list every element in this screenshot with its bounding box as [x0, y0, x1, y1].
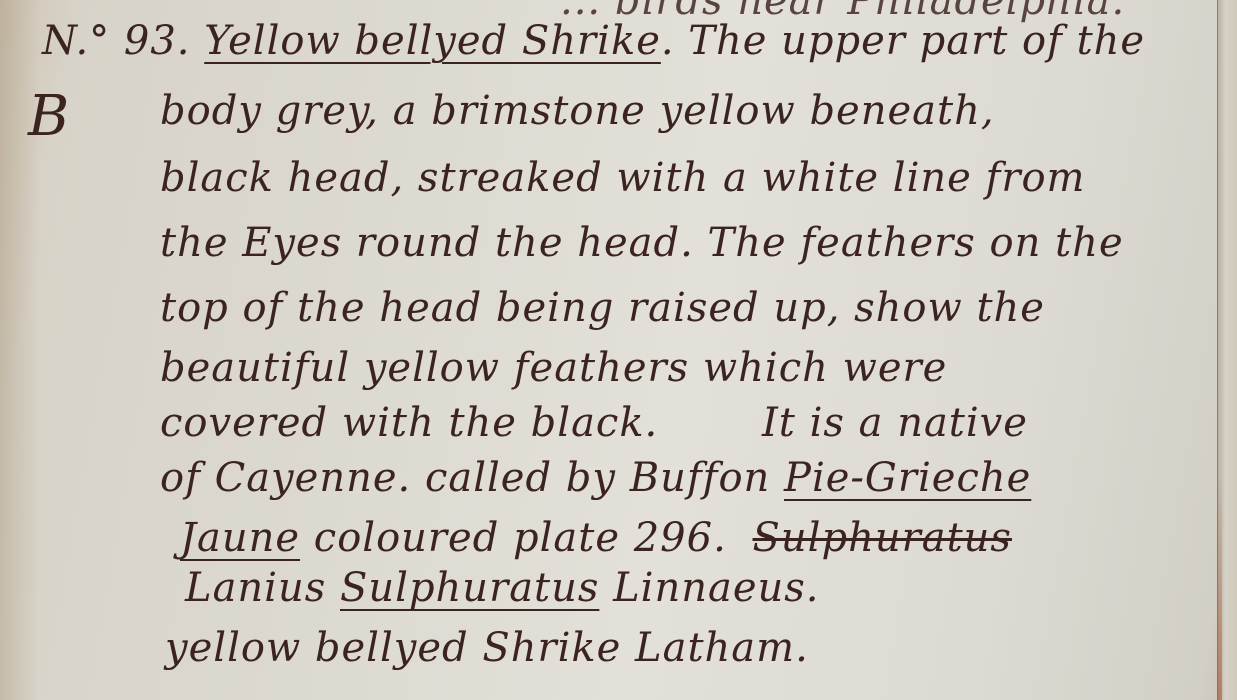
line-5: top of the head being raised up, show th…	[160, 285, 1045, 331]
entry-number: N.° 93.	[42, 18, 190, 64]
line-2: body grey, a brimstone yellow beneath,	[160, 88, 995, 134]
jaune-word: Jaune	[180, 515, 300, 561]
line-1: N.° 93. Yellow bellyed Shrike. The upper…	[42, 18, 1145, 64]
linnaeus-name: Sulphuratus	[340, 565, 599, 611]
line-10: Lanius Sulphuratus Linnaeus.	[185, 565, 820, 611]
page-stain	[1217, 470, 1222, 700]
margin-mark: B	[28, 84, 69, 149]
line-8: of Cayenne. called by Buffon Pie-Grieche	[160, 455, 1031, 501]
line-7-text: covered with the black.	[160, 400, 658, 446]
line-6: beautiful yellow feathers which were	[160, 345, 947, 391]
line-11: yellow bellyed Shrike Latham.	[165, 625, 809, 671]
line-7-text-2: It is a native	[762, 400, 1028, 446]
line-9-text: coloured plate 296.	[300, 515, 727, 561]
line-10-text-2: Linnaeus.	[599, 565, 819, 611]
line-1-text: . The upper part of the	[661, 18, 1145, 64]
struck-word: Sulphuratus	[753, 515, 1012, 561]
line-4: the Eyes round the head. The feathers on…	[160, 220, 1124, 266]
buffon-name: Pie-Grieche	[784, 455, 1031, 501]
line-8-text: of Cayenne. called by Buffon	[160, 455, 770, 501]
line-7: covered with the black. It is a native	[160, 400, 1028, 446]
line-3: black head, streaked with a white line f…	[160, 155, 1085, 201]
manuscript-page: B ... birds near Philadelphia. N.° 93. Y…	[0, 0, 1237, 700]
line-9: Jaune coloured plate 296. Sulphuratus	[180, 515, 1012, 561]
line-10-text: Lanius	[185, 565, 326, 611]
entry-title: Yellow bellyed Shrike	[204, 18, 661, 64]
